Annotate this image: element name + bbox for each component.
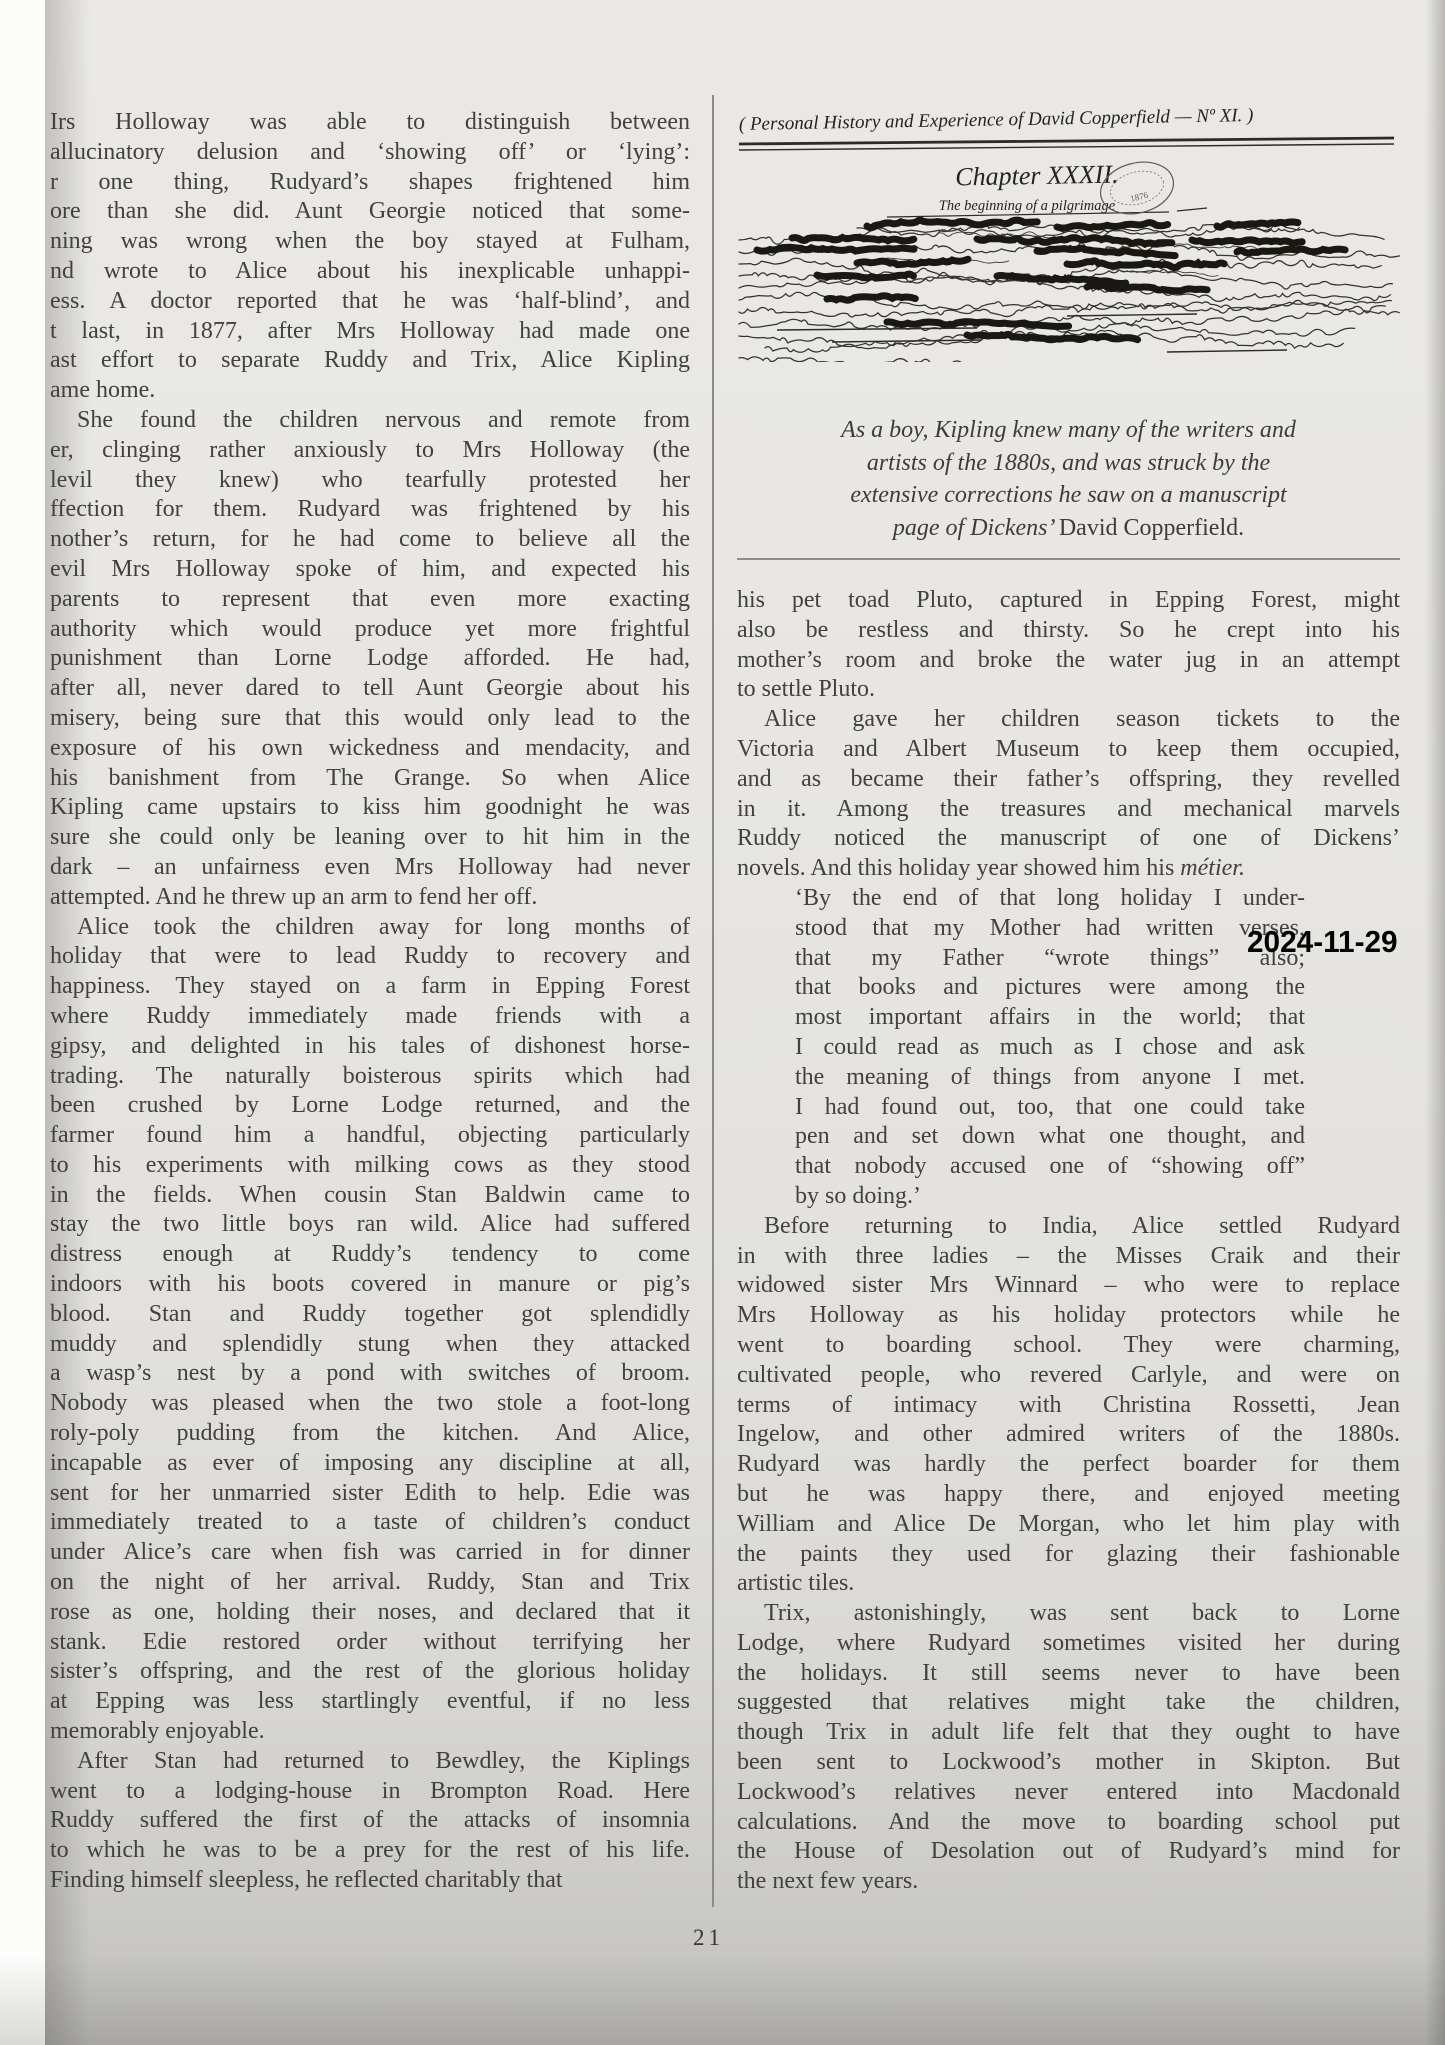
- text-line: I had found out, too, that one could tak…: [795, 1093, 1305, 1123]
- text-line: memorably enjoyable.: [50, 1717, 690, 1747]
- text-line: widowed sister Mrs Winnard – who were to…: [737, 1271, 1400, 1301]
- text-line: after all, never dared to tell Aunt Geor…: [50, 674, 690, 704]
- text-paragraph: his pet toad Pluto, captured in Epping F…: [737, 586, 1400, 705]
- text-line: farmer found him a handful, objecting pa…: [50, 1121, 690, 1151]
- text-line: also be restless and thirsty. So he crep…: [737, 616, 1400, 646]
- text-line: that nobody accused one of “showing off”: [795, 1152, 1305, 1182]
- text-line: but he was happy there, and enjoyed meet…: [737, 1480, 1400, 1510]
- manuscript-title: ( Personal History and Experience of Dav…: [739, 105, 1254, 135]
- text-line: indoors with his boots covered in manure…: [50, 1270, 690, 1300]
- text-line: She found the children nervous and remot…: [50, 406, 690, 436]
- text-line: where Ruddy immediately made friends wit…: [50, 1002, 690, 1032]
- right-column: ( Personal History and Experience of Dav…: [737, 100, 1400, 1897]
- text-line: Mrs Holloway as his holiday protectors w…: [737, 1301, 1400, 1331]
- text-line: novels. And this holiday year showed him…: [737, 854, 1400, 884]
- left-column: Irs Holloway was able to distinguish bet…: [50, 108, 690, 1896]
- text-line: levil they knew) who tearfully protested…: [50, 466, 690, 496]
- text-paragraph: Before returning to India, Alice settled…: [737, 1212, 1400, 1599]
- text-line: dark – an unfairness even Mrs Holloway h…: [50, 853, 690, 883]
- text-line: sister’s offspring, and the rest of the …: [50, 1657, 690, 1687]
- text-line: Rudyard was hardly the perfect boarder f…: [737, 1450, 1400, 1480]
- text-line: his pet toad Pluto, captured in Epping F…: [737, 586, 1400, 616]
- text-line: and as became their father’s offspring, …: [737, 765, 1400, 795]
- text-line: stank. Edie restored order without terri…: [50, 1628, 690, 1658]
- text-line: by so doing.’: [795, 1182, 1305, 1212]
- text-line: mother’s room and broke the water jug in…: [737, 646, 1400, 676]
- text-line: incapable as ever of imposing any discip…: [50, 1449, 690, 1479]
- caption-line: artists of the 1880s, and was struck by …: [737, 447, 1400, 480]
- text-line: r one thing, Rudyard’s shapes frightened…: [50, 168, 690, 198]
- figure-caption: As a boy, Kipling knew many of the write…: [737, 414, 1400, 544]
- text-line: that my Father “wrote things” also;: [795, 944, 1305, 974]
- caption-italic-part: page of Dickens’: [893, 515, 1059, 541]
- page-number: 21: [693, 1925, 724, 1951]
- text-line: stood that my Mother had written verses,: [795, 914, 1305, 944]
- text-line: ast effort to separate Ruddy and Trix, A…: [50, 346, 690, 376]
- text-line: Finding himself sleepless, he reflected …: [50, 1866, 690, 1896]
- text-line: William and Alice De Morgan, who let him…: [737, 1510, 1400, 1540]
- text-line: Lodge, where Rudyard sometimes visited h…: [737, 1629, 1400, 1659]
- caption-rule: [737, 558, 1400, 560]
- text-line: ning was wrong when the boy stayed at Fu…: [50, 227, 690, 257]
- text-line: I could read as much as I chose and ask: [795, 1033, 1305, 1063]
- text-line: rose as one, holding their noses, and de…: [50, 1598, 690, 1628]
- text-line: his banishment from The Grange. So when …: [50, 764, 690, 794]
- text-line: cultivated people, who revered Carlyle, …: [737, 1361, 1400, 1391]
- text-line: suggested that relatives might take the …: [737, 1688, 1400, 1718]
- caption-line: As a boy, Kipling knew many of the write…: [737, 414, 1400, 447]
- date-stamp: 2024-11-29: [1247, 926, 1398, 957]
- text-line: Trix, astonishingly, was sent back to Lo…: [737, 1599, 1400, 1629]
- text-line: sure she could only be leaning over to h…: [50, 823, 690, 853]
- text-line: immediately treated to a taste of childr…: [50, 1508, 690, 1538]
- text-line: that books and pictures were among the: [795, 973, 1305, 1003]
- text-line: ore than she did. Aunt Georgie noticed t…: [50, 197, 690, 227]
- text-line: under Alice’s care when fish was carried…: [50, 1538, 690, 1568]
- text-line: authority which would produce yet more f…: [50, 615, 690, 645]
- text-paragraph: Alice gave her children season tickets t…: [737, 705, 1400, 884]
- text-paragraph: Irs Holloway was able to distinguish bet…: [50, 108, 690, 406]
- text-line: allucinatory delusion and ‘showing off’ …: [50, 138, 690, 168]
- text-line: though Trix in adult life felt that they…: [737, 1718, 1400, 1748]
- text-line: trading. The naturally boisterous spirit…: [50, 1062, 690, 1092]
- text-paragraph: Alice took the children away for long mo…: [50, 913, 690, 1747]
- caption-line: extensive corrections he saw on a manusc…: [737, 479, 1400, 512]
- text-line: nother’s return, for he had come to beli…: [50, 525, 690, 555]
- text-line: pen and set down what one thought, and: [795, 1122, 1305, 1152]
- text-line: the House of Desolation out of Rudyard’s…: [737, 1837, 1400, 1867]
- manuscript-image: ( Personal History and Experience of Dav…: [737, 100, 1400, 362]
- text-line: on the night of her arrival. Ruddy, Stan…: [50, 1568, 690, 1598]
- text-line: Ruddy suffered the first of the attacks …: [50, 1806, 690, 1836]
- text-line: in with three ladies – the Misses Craik …: [737, 1242, 1400, 1272]
- text-line: been sent to Lockwood’s mother in Skipto…: [737, 1748, 1400, 1778]
- text-line: Alice gave her children season tickets t…: [737, 705, 1400, 735]
- text-line: Kipling came upstairs to kiss him goodni…: [50, 793, 690, 823]
- text-line: in the fields. When cousin Stan Baldwin …: [50, 1181, 690, 1211]
- text-line: Lockwood’s relatives never entered into …: [737, 1778, 1400, 1808]
- manuscript-chapter: Chapter XXXII.: [955, 160, 1119, 192]
- text-line: t last, in 1877, after Mrs Holloway had …: [50, 317, 690, 347]
- text-line: er, clinging rather anxiously to Mrs Hol…: [50, 436, 690, 466]
- text-line: Irs Holloway was able to distinguish bet…: [50, 108, 690, 138]
- text-line: artistic tiles.: [737, 1569, 1400, 1599]
- text-line: Ruddy noticed the manuscript of one of D…: [737, 824, 1400, 854]
- text-line: Victoria and Albert Museum to keep them …: [737, 735, 1400, 765]
- text-line: gipsy, and delighted in his tales of dis…: [50, 1032, 690, 1062]
- text-paragraph: She found the children nervous and remot…: [50, 406, 690, 913]
- book-page-scan: Irs Holloway was able to distinguish bet…: [0, 0, 1445, 2045]
- text-line: the paints they used for glazing their f…: [737, 1540, 1400, 1570]
- text-paragraph: Trix, astonishingly, was sent back to Lo…: [737, 1599, 1400, 1897]
- text-line: the meaning of things from anyone I met.: [795, 1063, 1305, 1093]
- text-line: to settle Pluto.: [737, 675, 1400, 705]
- text-line: Alice took the children away for long mo…: [50, 913, 690, 943]
- text-line: most important affairs in the world; tha…: [795, 1003, 1305, 1033]
- text-line: roly-poly pudding from the kitchen. And …: [50, 1419, 690, 1449]
- text-line: ame home.: [50, 376, 690, 406]
- manuscript-figure: ( Personal History and Experience of Dav…: [737, 100, 1400, 362]
- text-line: to which he was to be a prey for the res…: [50, 1836, 690, 1866]
- text-line: in it. Among the treasures and mechanica…: [737, 795, 1400, 825]
- text-line: at Epping was less startlingly eventful,…: [50, 1687, 690, 1717]
- text-line: punishment than Lorne Lodge afforded. He…: [50, 644, 690, 674]
- right-column-body: his pet toad Pluto, captured in Epping F…: [737, 586, 1400, 1897]
- text-line: exposure of his own wickedness and menda…: [50, 734, 690, 764]
- text-line: Nobody was pleased when the two stole a …: [50, 1389, 690, 1419]
- text-line: went to a lodging-house in Brompton Road…: [50, 1777, 690, 1807]
- text-line: ffection for them. Rudyard was frightene…: [50, 495, 690, 525]
- text-line: stay the two little boys ran wild. Alice…: [50, 1210, 690, 1240]
- text-line: evil Mrs Holloway spoke of him, and expe…: [50, 555, 690, 585]
- text-line: After Stan had returned to Bewdley, the …: [50, 1747, 690, 1777]
- text-line: the next few years.: [737, 1867, 1400, 1897]
- text-line: sent for her unmarried sister Edith to h…: [50, 1479, 690, 1509]
- text-line: attempted. And he threw up an arm to fen…: [50, 883, 690, 913]
- text-line: happiness. They stayed on a farm in Eppi…: [50, 972, 690, 1002]
- bottom-edge-shadow: [0, 1955, 1445, 2045]
- text-line: parents to represent that even more exac…: [50, 585, 690, 615]
- text-line: calculations. And the move to boarding s…: [737, 1808, 1400, 1838]
- text-line: muddy and splendidly stung when they att…: [50, 1330, 690, 1360]
- text-line: holiday that were to lead Ruddy to recov…: [50, 942, 690, 972]
- text-line: the holidays. It still seems never to ha…: [737, 1659, 1400, 1689]
- text-line: been crushed by Lorne Lodge returned, an…: [50, 1091, 690, 1121]
- right-edge-shadow: [1425, 0, 1445, 2045]
- text-line: nd wrote to Alice about his inexplicable…: [50, 257, 690, 287]
- scan-margin-strip: [0, 0, 45, 2045]
- text-line: misery, being sure that this would only …: [50, 704, 690, 734]
- text-line: terms of intimacy with Christina Rossett…: [737, 1391, 1400, 1421]
- caption-roman-part: David Copperfield.: [1059, 515, 1244, 541]
- text-line: to his experiments with milking cows as …: [50, 1151, 690, 1181]
- caption-line: page of Dickens’ David Copperfield.: [737, 512, 1400, 545]
- text-line: a wasp’s nest by a pond with switches of…: [50, 1359, 690, 1389]
- text-paragraph: After Stan had returned to Bewdley, the …: [50, 1747, 690, 1896]
- text-line: ‘By the end of that long holiday I under…: [795, 884, 1305, 914]
- column-divider: [712, 95, 714, 1907]
- text-line: ess. A doctor reported that he was ‘half…: [50, 287, 690, 317]
- text-line: Before returning to India, Alice settled…: [737, 1212, 1400, 1242]
- text-line: blood. Stan and Ruddy together got splen…: [50, 1300, 690, 1330]
- manuscript-subtitle: The beginning of a pilgrimage: [939, 198, 1116, 214]
- manuscript-scribbles: [739, 220, 1400, 362]
- text-line: went to boarding school. They were charm…: [737, 1331, 1400, 1361]
- text-line: Ingelow, and other admired writers of th…: [737, 1420, 1400, 1450]
- text-line: distress enough at Ruddy’s tendency to c…: [50, 1240, 690, 1270]
